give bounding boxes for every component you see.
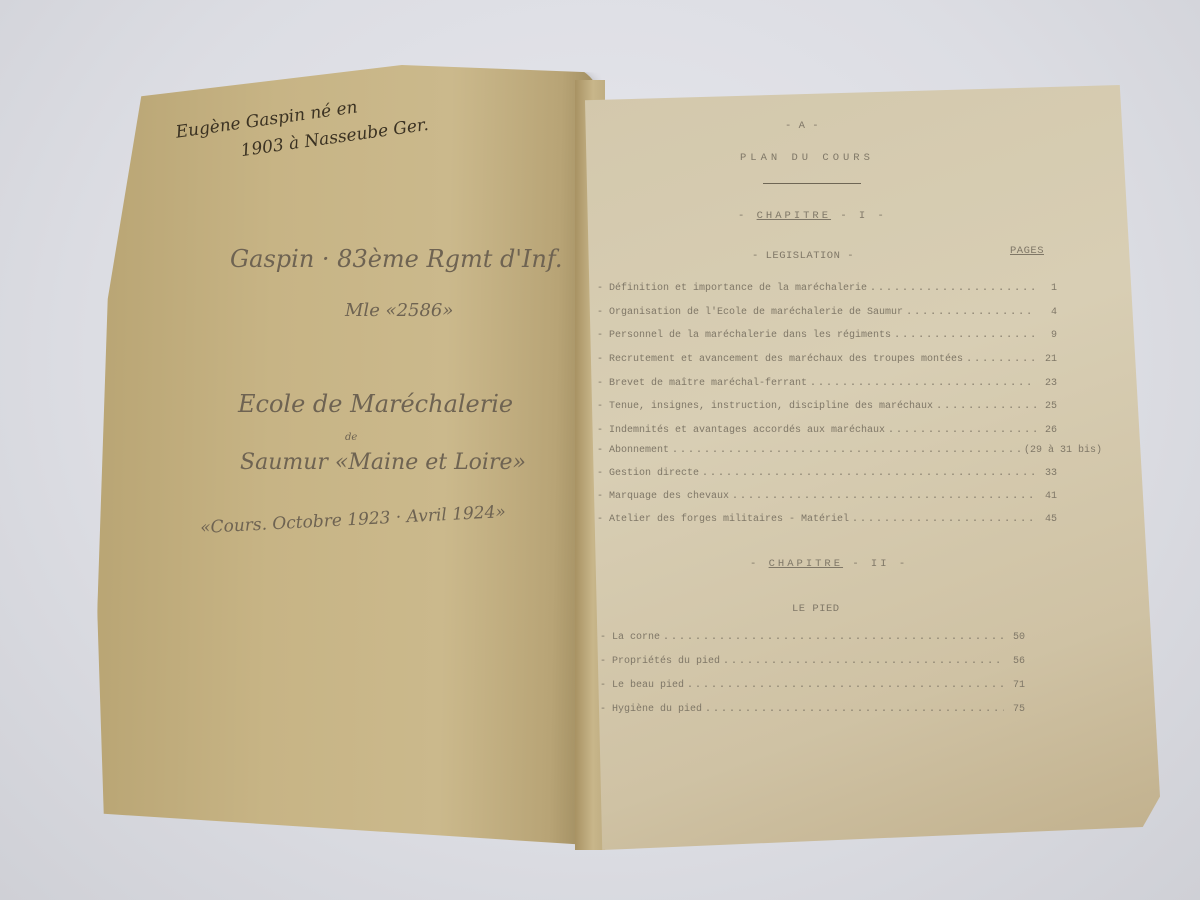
- page-title: PLAN DU COURS: [740, 152, 874, 164]
- toc-entry: - Atelier des forges militaires - Matéri…: [597, 514, 1057, 525]
- chapter-2-subtitle: LE PIED: [792, 603, 840, 615]
- leader-dots: [732, 491, 1036, 502]
- toc-label: - Recrutement et avancement des maréchau…: [597, 354, 963, 365]
- toc-entry: - Tenue, insignes, instruction, discipli…: [597, 401, 1057, 412]
- handwritten-city: Saumur «Maine et Loire»: [240, 450, 526, 475]
- toc-entry: - Abonnement(29 à 31 bis): [597, 445, 1102, 456]
- toc-page: 45: [1039, 514, 1057, 525]
- toc-label: - Tenue, insignes, instruction, discipli…: [597, 401, 933, 412]
- toc-label: - Gestion directe: [597, 468, 699, 479]
- toc-entry: - Brevet de maître maréchal-ferrant23: [597, 378, 1057, 389]
- toc-entry: - Définition et importance de la marécha…: [597, 283, 1057, 294]
- toc-entry: - Organisation de l'Ecole de maréchaleri…: [597, 307, 1057, 318]
- toc-label: - La corne: [600, 632, 660, 643]
- toc-label: - Propriétés du pied: [600, 656, 720, 667]
- leader-dots: [888, 425, 1036, 436]
- chapter-2-word: CHAPITRE: [769, 558, 843, 570]
- pages-column-header: PAGES: [1010, 245, 1044, 257]
- chapter-1-word: CHAPITRE: [757, 210, 831, 222]
- chapter-1-subtitle: - LEGISLATION -: [752, 250, 854, 262]
- toc-entry: - Hygiène du pied75: [600, 704, 1025, 715]
- toc-label: - Hygiène du pied: [600, 704, 702, 715]
- toc-page: 23: [1039, 378, 1057, 389]
- toc-label: - Indemnités et avantages accordés aux m…: [597, 425, 885, 436]
- handwritten-matricule: Mle «2586»: [345, 300, 453, 321]
- chapter-2-number: - II -: [843, 558, 908, 570]
- leader-dots: [894, 330, 1036, 341]
- toc-label: - Le beau pied: [600, 680, 684, 691]
- toc-entry: - Le beau pied71: [600, 680, 1025, 691]
- leader-dots: [966, 354, 1036, 365]
- toc-entry: - Personnel de la maréchalerie dans les …: [597, 330, 1057, 341]
- toc-page: 26: [1039, 425, 1057, 436]
- chapter-1-number: - I -: [831, 210, 887, 222]
- handwritten-school: Ecole de Maréchalerie: [238, 390, 513, 418]
- toc-page: 75: [1007, 704, 1025, 715]
- toc-page: 1: [1039, 283, 1057, 294]
- toc-entry: - Recrutement et avancement des maréchau…: [597, 354, 1057, 365]
- toc-page: 50: [1007, 632, 1025, 643]
- leader-dots: [672, 445, 1021, 456]
- toc-label: - Atelier des forges militaires - Matéri…: [597, 514, 849, 525]
- leader-dots: [852, 514, 1036, 525]
- chapter-1-prefix: -: [738, 210, 757, 222]
- toc-label: - Organisation de l'Ecole de maréchaleri…: [597, 307, 903, 318]
- leader-dots: [702, 468, 1036, 479]
- toc-page: 4: [1039, 307, 1057, 318]
- toc-label: - Personnel de la maréchalerie dans les …: [597, 330, 891, 341]
- chapter-2-heading: - CHAPITRE - II -: [750, 558, 908, 570]
- title-rule: [763, 183, 861, 184]
- leader-dots: [936, 401, 1036, 412]
- toc-page: 56: [1007, 656, 1025, 667]
- leader-dots: [906, 307, 1036, 318]
- toc-page: 71: [1007, 680, 1025, 691]
- chapter-1-heading: - CHAPITRE - I -: [738, 210, 887, 222]
- toc-label: - Brevet de maître maréchal-ferrant: [597, 378, 807, 389]
- handwritten-de: de: [345, 432, 357, 443]
- handwritten-owner: Gaspin · 83ème Rgmt d'Inf.: [230, 245, 563, 273]
- leader-dots: [810, 378, 1036, 389]
- toc-label: - Marquage des chevaux: [597, 491, 729, 502]
- leader-dots: [663, 632, 1004, 643]
- toc-entry: - Marquage des chevaux41: [597, 491, 1057, 502]
- toc-page: 21: [1039, 354, 1057, 365]
- toc-page: (29 à 31 bis): [1024, 445, 1102, 456]
- page-number: - A -: [785, 120, 819, 132]
- toc-label: - Abonnement: [597, 445, 669, 456]
- toc-label: - Définition et importance de la marécha…: [597, 283, 867, 294]
- leader-dots: [687, 680, 1004, 691]
- open-notebook: Eugène Gaspin né en 1903 à Nasseube Ger.…: [0, 0, 1200, 900]
- leader-dots: [705, 704, 1004, 715]
- toc-page: 41: [1039, 491, 1057, 502]
- toc-page: 25: [1039, 401, 1057, 412]
- toc-page: 9: [1039, 330, 1057, 341]
- toc-entry: - La corne50: [600, 632, 1025, 643]
- toc-page: 33: [1039, 468, 1057, 479]
- toc-entry: - Gestion directe33: [597, 468, 1057, 479]
- leader-dots: [870, 283, 1036, 294]
- toc-entry: - Indemnités et avantages accordés aux m…: [597, 425, 1057, 436]
- chapter-2-prefix: -: [750, 558, 769, 570]
- leader-dots: [723, 656, 1004, 667]
- toc-entry: - Propriétés du pied56: [600, 656, 1025, 667]
